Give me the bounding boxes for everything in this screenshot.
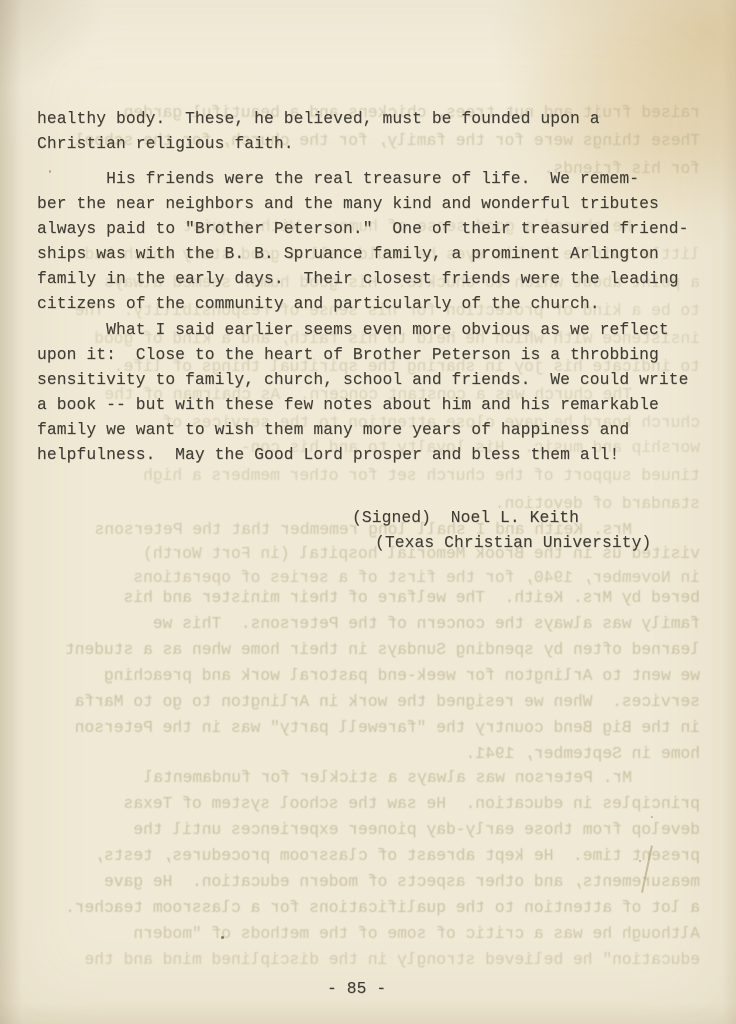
text-line: ships was with the B. B. Spruance family… bbox=[37, 241, 708, 266]
bleedthrough-line: we went to Arlington for week-end pastor… bbox=[104, 663, 700, 688]
bleedthrough-line: principles in education. He saw the scho… bbox=[124, 791, 700, 816]
bleedthrough-line: family was always the concern of the Pet… bbox=[153, 611, 700, 636]
text-line: What I said earlier seems even more obvi… bbox=[37, 317, 708, 342]
bleedthrough-line: in the Big Bend country the "farewell pa… bbox=[75, 715, 700, 740]
text-line: citizens of the community and particular… bbox=[37, 291, 708, 316]
text-line: His friends were the real treasure of li… bbox=[37, 166, 708, 191]
text-line: always paid to "Brother Peterson." One o… bbox=[37, 216, 708, 241]
text-line: upon it: Close to the heart of Brother P… bbox=[37, 342, 708, 367]
paper-speck bbox=[651, 816, 653, 818]
document-page: raised fruit and nut trees, chickens and… bbox=[0, 0, 736, 1024]
bleedthrough-line: Mr. Peterson was always a stickler for f… bbox=[143, 765, 700, 790]
bleedthrough-line: learned often by spending Sundays in the… bbox=[65, 637, 700, 662]
bleedthrough-line: a lot of attention to the qualifications… bbox=[65, 895, 700, 920]
signature-affiliation: (Texas Christian University) bbox=[352, 530, 651, 555]
signature-line: (Signed) Noel L. Keith bbox=[352, 505, 651, 530]
text-line: sensitivity to family, church, school an… bbox=[37, 367, 708, 392]
typed-text: healthy body. These, he believed, must b… bbox=[37, 106, 708, 467]
signature-block: (Signed) Noel L. Keith (Texas Christian … bbox=[352, 505, 651, 555]
paragraph: healthy body. These, he believed, must b… bbox=[37, 106, 708, 156]
paper-speck bbox=[221, 936, 224, 939]
bleedthrough-line: bered by Mrs. Keith. The welfare of thei… bbox=[124, 585, 700, 610]
bleedthrough-line: services. When we resigned the work in A… bbox=[75, 689, 700, 714]
paragraph: What I said earlier seems even more obvi… bbox=[37, 317, 708, 467]
bleedthrough-line: home in September, 1941. bbox=[466, 741, 701, 766]
bleedthrough-line: education" he believed strongly in the d… bbox=[84, 947, 700, 972]
text-line: ber the near neighbors and the many kind… bbox=[37, 191, 708, 216]
bleedthrough-line: Although he was a critic of some of the … bbox=[133, 921, 700, 946]
page-number: - 85 - bbox=[327, 976, 386, 1001]
bleedthrough-line: in November, 1940, for the first of a se… bbox=[133, 565, 700, 590]
paper-speck bbox=[639, 860, 641, 862]
bleedthrough-line: measurements, and other aspects of moder… bbox=[104, 869, 700, 894]
text-line: healthy body. These, he believed, must b… bbox=[37, 106, 708, 131]
bleedthrough-line: present time. He kept abreast of classro… bbox=[94, 843, 700, 868]
body-paragraphs: healthy body. These, he believed, must b… bbox=[37, 106, 708, 467]
text-line: Christian religious faith. bbox=[37, 131, 708, 156]
paper-scratch bbox=[641, 845, 652, 892]
text-line: a book -- but with these few notes about… bbox=[37, 392, 708, 417]
text-line: family we want to wish them many more ye… bbox=[37, 417, 708, 442]
text-line: family in the early days. Their closest … bbox=[37, 266, 708, 291]
text-line: helpfulness. May the Good Lord prosper a… bbox=[37, 442, 708, 467]
paragraph: His friends were the real treasure of li… bbox=[37, 166, 708, 316]
bleedthrough-line: develop from those early-day pioneer exp… bbox=[133, 817, 700, 842]
